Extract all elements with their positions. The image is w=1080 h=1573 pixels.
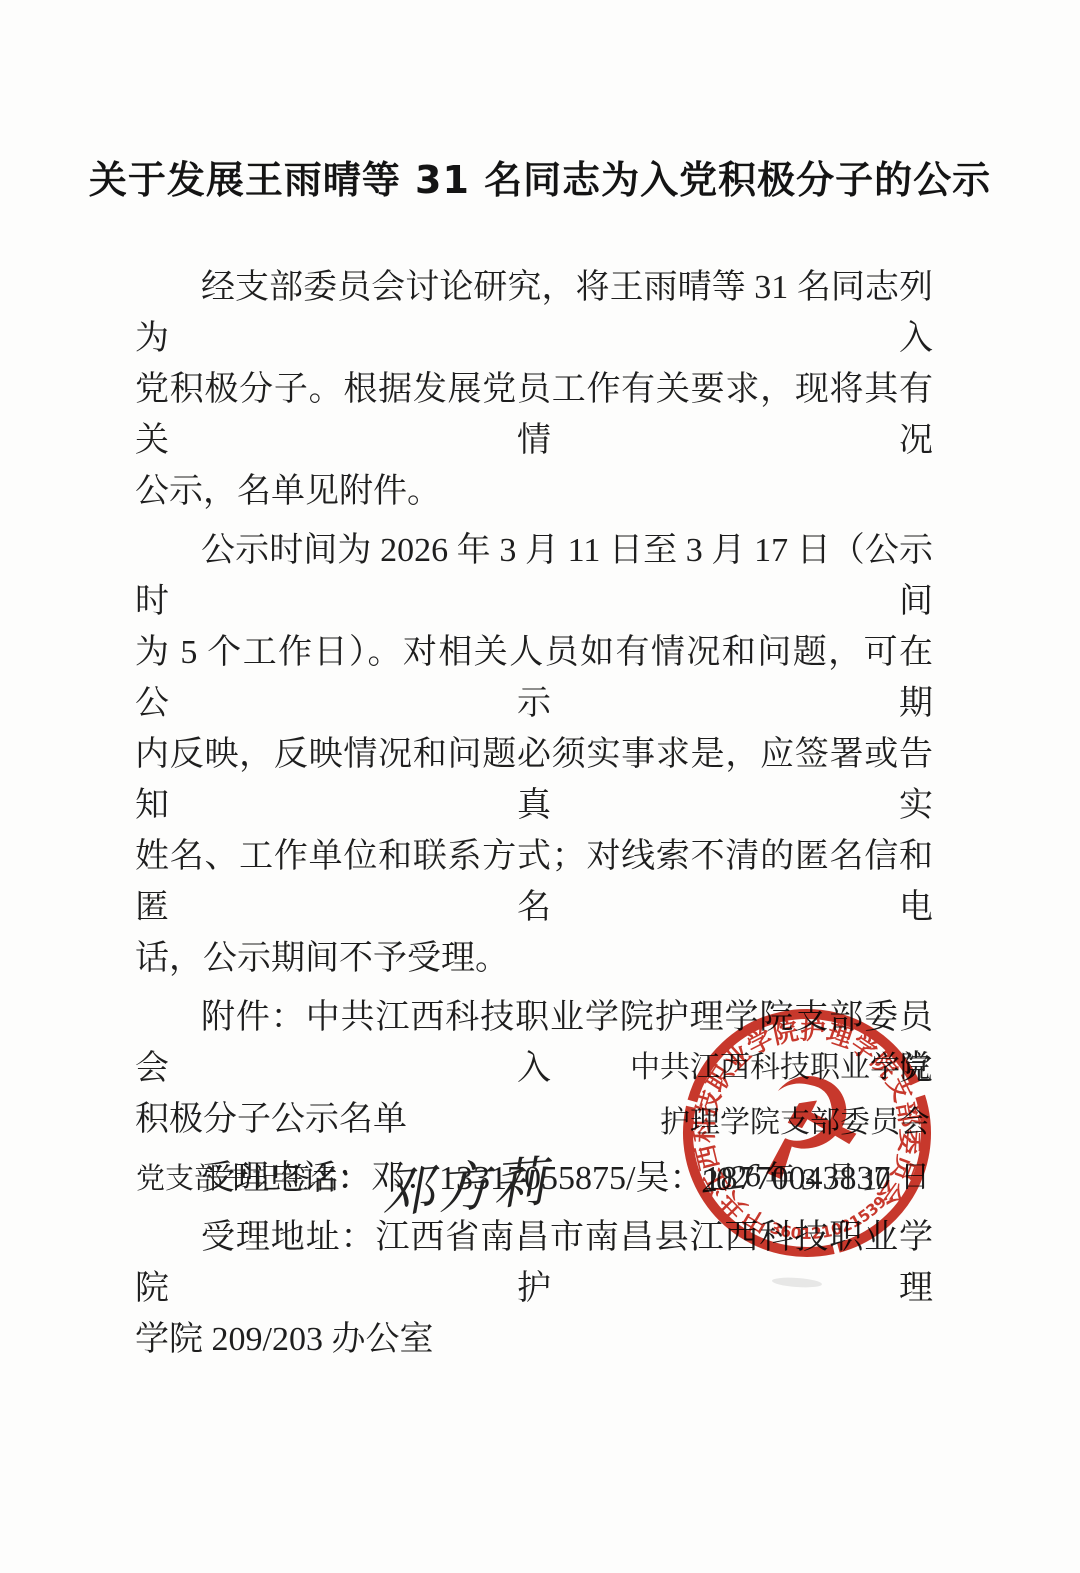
body-line: 经支部委员会讨论研究，将王雨晴等 31 名同志列为入 xyxy=(135,262,933,364)
official-seal: 中共江西科技职业学院护理学院支部委员会 ☭ 3601210215390 xyxy=(656,982,957,1283)
body-line: 学院 209/203 办公室 xyxy=(135,1314,933,1365)
body-line: 话，公示期间不予受理。 xyxy=(135,933,933,984)
body-line: 姓名、工作单位和联系方式；对线索不清的匿名信和匿名电 xyxy=(135,831,933,933)
hammer-sickle-icon: ☭ xyxy=(732,1040,880,1215)
secretary-signature-row: 党支部书记签名：邓方莉 xyxy=(136,1143,548,1220)
signature-label: 党支部书记签名： xyxy=(136,1163,368,1195)
body-line: 内反映，反映情况和问题必须实事求是，应签署或告知真实 xyxy=(135,729,933,831)
handwritten-signature-name: 邓方莉 xyxy=(378,1139,551,1228)
document-title: 关于发展王雨晴等 31 名同志为入党积极分子的公示 xyxy=(75,149,1005,204)
body-line: 公示，名单见附件。 xyxy=(135,466,933,517)
seal-graphic: 中共江西科技职业学院护理学院支部委员会 ☭ 3601210215390 xyxy=(656,982,957,1283)
body-line: 党积极分子。根据发展党员工作有关要求，现将其有关情况 xyxy=(135,364,933,466)
body-line: 为 5 个工作日）。对相关人员如有情况和问题，可在公示期 xyxy=(135,627,933,729)
scanned-document-page: 关于发展王雨晴等 31 名同志为入党积极分子的公示 经支部委员会讨论研究，将王雨… xyxy=(0,0,1080,1573)
body-line: 公示时间为 2026 年 3 月 11 日至 3 月 17 日（公示时间 xyxy=(135,525,933,627)
